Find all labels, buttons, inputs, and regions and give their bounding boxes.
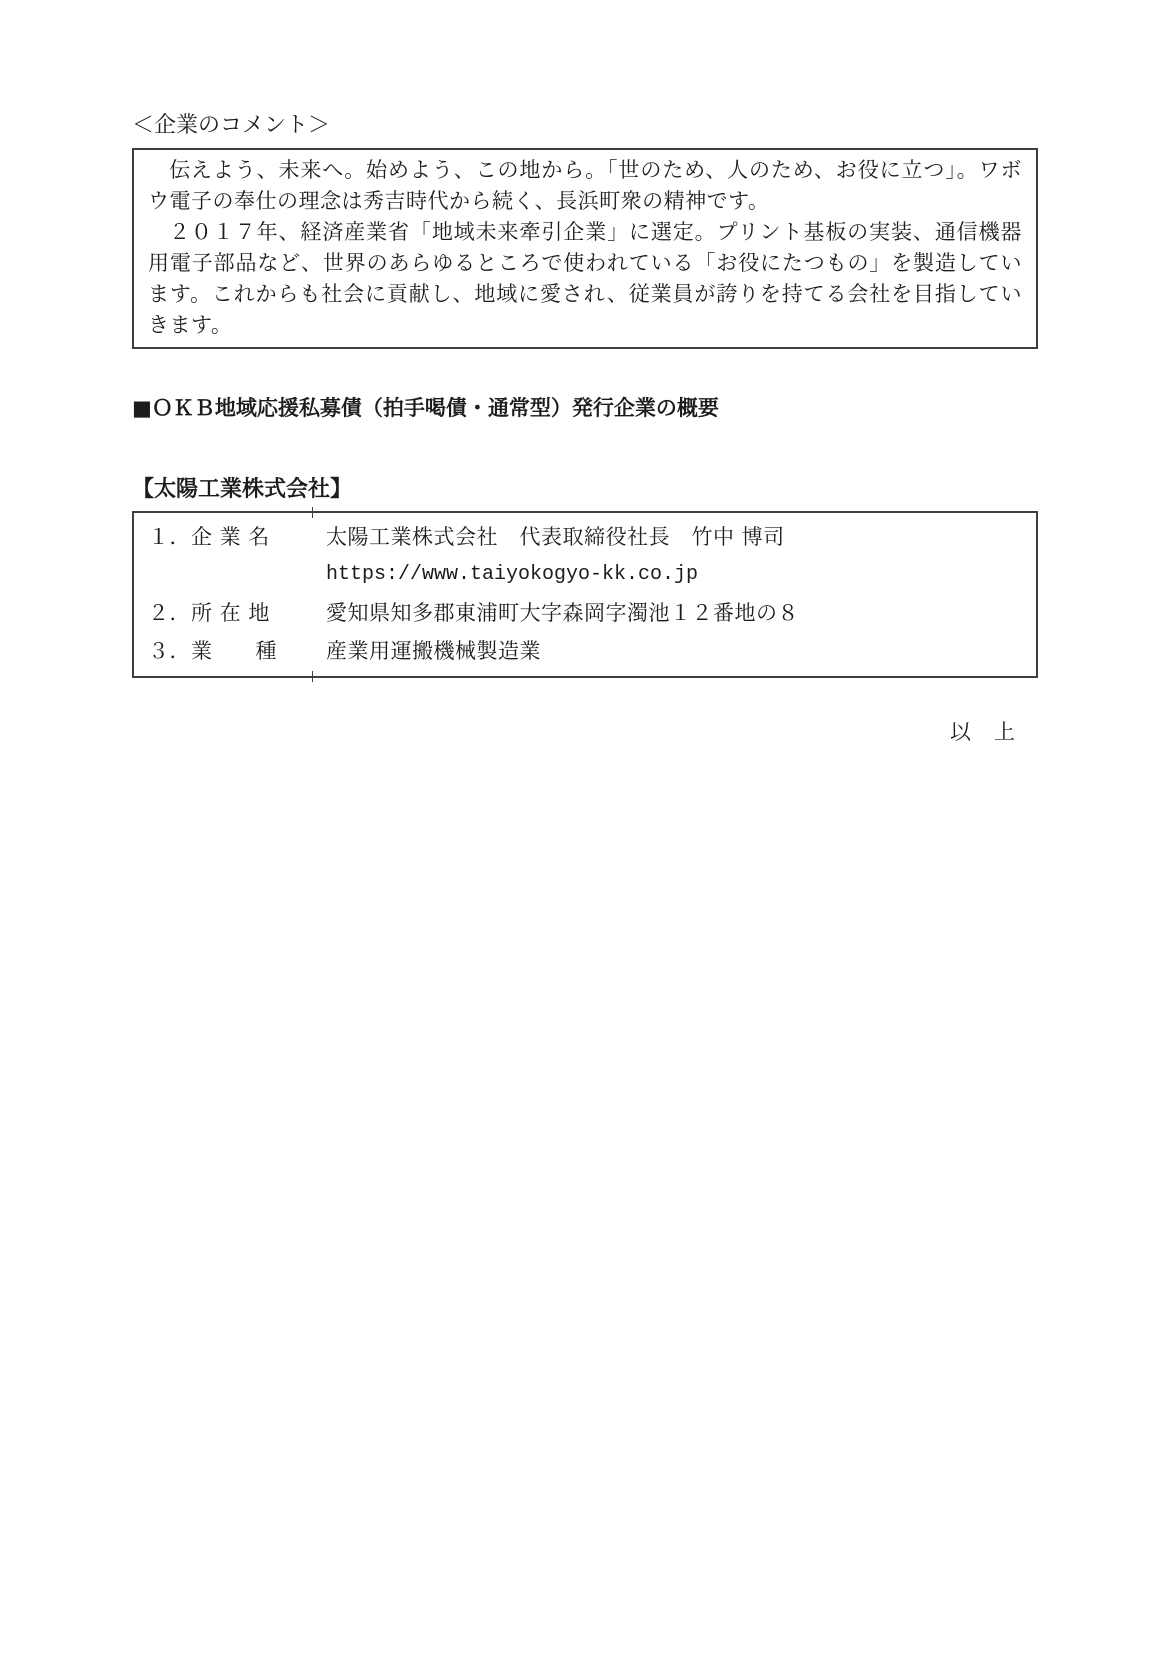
comment-box: 伝えよう、未来へ。始めよう、この地から。「世のため、人のため、お役に立つ」。ワボ… bbox=[132, 148, 1038, 349]
row-label-company-name: １．企 業 名 bbox=[134, 518, 312, 594]
comment-paragraph-1: 伝えよう、未来へ。始めよう、この地から。「世のため、人のため、お役に立つ」。ワボ… bbox=[148, 155, 1022, 217]
row-label-industry: ３．業 種 bbox=[134, 632, 312, 670]
closing-ijou: 以 上 bbox=[132, 716, 1038, 746]
document-page: ＜企業のコメント＞ 伝えよう、未来へ。始めよう、この地から。「世のため、人のため… bbox=[132, 112, 1038, 746]
row-value-company-name: 太陽工業株式会社 代表取締役社長 竹中 博司 https://www.taiyo… bbox=[312, 518, 1036, 594]
row-label-address: ２．所 在 地 bbox=[134, 594, 312, 632]
table-row: ３．業 種 産業用運搬機械製造業 bbox=[134, 632, 1036, 670]
row-value-address: 愛知県知多郡東浦町大字森岡字濁池１２番地の８ bbox=[312, 594, 1036, 632]
company-name-value: 太陽工業株式会社 代表取締役社長 竹中 博司 bbox=[326, 518, 1036, 556]
table-row: １．企 業 名 太陽工業株式会社 代表取締役社長 竹中 博司 https://w… bbox=[134, 518, 1036, 594]
company-info-table: １．企 業 名 太陽工業株式会社 代表取締役社長 竹中 博司 https://w… bbox=[132, 511, 1038, 678]
overview-section-heading: ■ＯＫＢ地域応援私募債（拍手喝債・通常型）発行企業の概要 bbox=[132, 395, 1038, 421]
company-name-heading: 【太陽工業株式会社】 bbox=[132, 476, 1038, 503]
comment-paragraph-2: ２０１７年、経済産業省「地域未来牽引企業」に選定。プリント基板の実装、通信機器用… bbox=[148, 217, 1022, 341]
comment-section-heading: ＜企業のコメント＞ bbox=[132, 112, 1038, 140]
row-value-industry: 産業用運搬機械製造業 bbox=[312, 632, 1036, 670]
table-column-divider-tick-top bbox=[312, 507, 313, 518]
table-row: ２．所 在 地 愛知県知多郡東浦町大字森岡字濁池１２番地の８ bbox=[134, 594, 1036, 632]
company-url: https://www.taiyokogyo-kk.co.jp bbox=[326, 556, 1036, 594]
table-column-divider-tick-bottom bbox=[312, 671, 313, 682]
